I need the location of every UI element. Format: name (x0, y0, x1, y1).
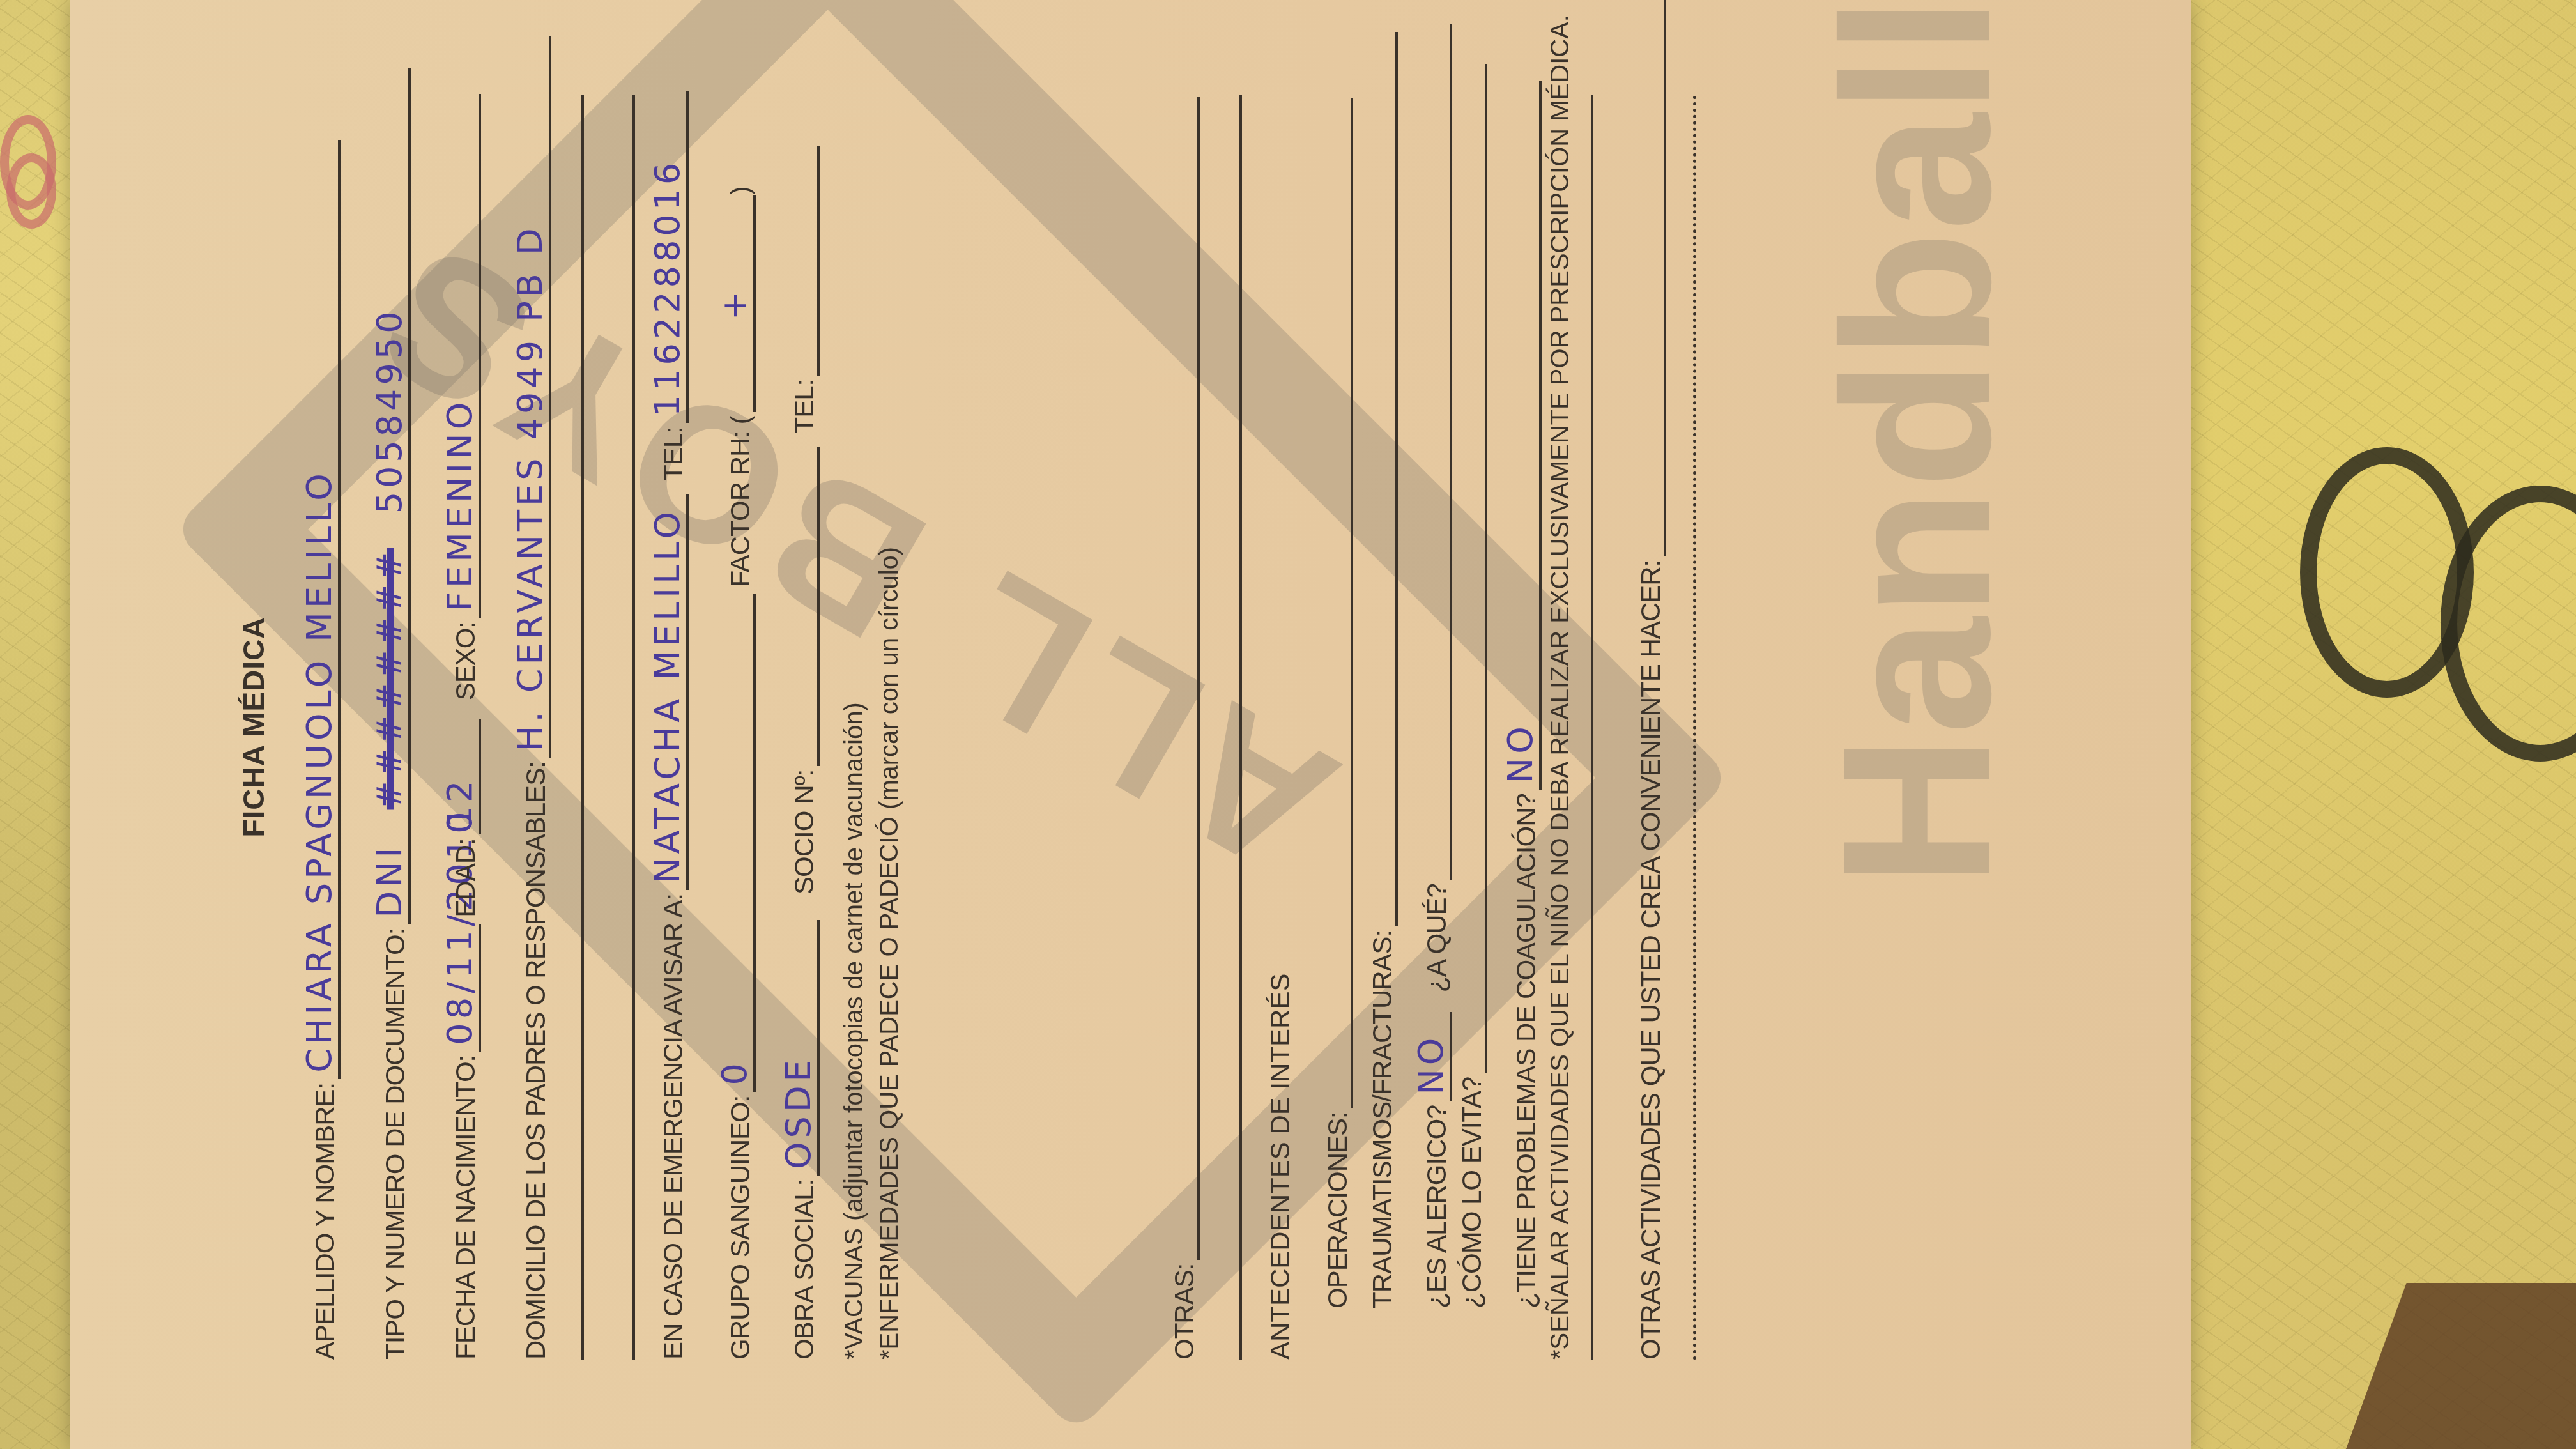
form-title: FICHA MÉDICA (236, 95, 271, 1360)
watermark-bottom-text: Handball (1795, 0, 2038, 887)
value-sexo[interactable]: FEMENINO (441, 94, 481, 618)
value-apellido-nombre[interactable]: CHIARA SPAGNUOLO MELILLO (300, 140, 341, 1079)
label-grupo-sanguineo: GRUPO SANGUINEO: (725, 1096, 756, 1360)
label-emergencia: EN CASO DE EMERGENCIA AVISAR A: (658, 894, 689, 1360)
field-documento: TIPO Y NUMERO DE DOCUMENTO: DNI ########… (371, 68, 411, 1360)
field-apellido-nombre: APELLIDO Y NOMBRE: CHIARA SPAGNUOLO MELI… (300, 140, 341, 1360)
field-domicilio: DOMICILIO DE LOS PADRES O RESPONSABLES: … (511, 36, 551, 1360)
label-edad: EDAD: (450, 838, 481, 917)
antecedentes-title: ANTECEDENTES DE INTERÉS (1265, 974, 1296, 1360)
value-documento-struck: ######## (369, 548, 410, 810)
label-alergico: ¿ES ALERGICO? (1422, 1105, 1452, 1308)
label-tel-obra-social: TEL: (789, 379, 820, 434)
document-photo: ALL BOYS Handball FICHA MÉDICA APELLIDO … (70, 0, 2191, 1449)
field-obra-social: OBRA SOCIAL: OSDE SOCIO Nº: TEL: (779, 146, 820, 1360)
label-obra-social: OBRA SOCIAL: (789, 1179, 820, 1360)
label-fecha-nacimiento: FECHA DE NACIMIENTO: (450, 1055, 481, 1360)
label-operaciones: OPERACIONES: (1322, 1112, 1353, 1308)
actividades-no-label: *SEÑALAR ACTIVIDADES QUE EL NIÑO NO DEBA… (1546, 15, 1575, 1360)
value-socio[interactable] (817, 447, 820, 766)
label-socio: SOCIO Nº: (789, 770, 820, 894)
label-documento: TIPO Y NUMERO DE DOCUMENTO: (380, 928, 411, 1360)
divider-line (1239, 95, 1242, 1360)
value-grupo-sanguineo[interactable]: 0 (716, 594, 756, 1092)
cut-line (1693, 95, 1696, 1360)
label-factor-rh-close: ) (725, 187, 756, 195)
label-tel-emergencia: TEL: (658, 427, 689, 481)
value-documento-type: DNI (369, 844, 410, 918)
value-otras[interactable] (1197, 97, 1200, 1260)
value-factor-rh[interactable]: + (716, 195, 756, 412)
value-coagulacion[interactable]: NO (1501, 80, 1542, 790)
vacunas-note: *VACUNAS (adjuntar fotocopias de carnet … (840, 702, 869, 1360)
value-edad[interactable]: 12 (441, 719, 481, 834)
value-domicilio[interactable]: H. CERVANTES 4949 PB D (511, 36, 551, 758)
label-sexo: SEXO: (450, 622, 481, 700)
field-grupo-factor: GRUPO SANGUINEO: 0 FACTOR RH: ( + ) (716, 187, 756, 1360)
value-alergico[interactable]: NO (1412, 1012, 1452, 1101)
medical-form-page: ALL BOYS Handball FICHA MÉDICA APELLIDO … (70, 0, 2191, 1449)
field-nacimiento-edad-sexo: FECHA DE NACIMIENTO: 08/11/2010 EDAD: 12… (441, 94, 481, 1360)
value-a-que[interactable] (1450, 24, 1452, 880)
label-a-que: ¿A QUÉ? (1422, 884, 1452, 992)
label-factor-rh: FACTOR RH: ( (725, 416, 756, 586)
field-alergico: ¿ES ALERGICO? NO ¿A QUÉ? (1412, 24, 1452, 1308)
value-tel-emergencia[interactable]: 1162288016 (648, 91, 689, 423)
divider-line (1591, 95, 1593, 1360)
value-fecha-nacimiento[interactable]: 08/11/2010 (441, 924, 481, 1052)
value-obra-social[interactable]: OSDE (779, 920, 820, 1176)
label-como-evita: ¿CÓMO LO EVITA? (1457, 1077, 1487, 1308)
label-domicilio: DOMICILIO DE LOS PADRES O RESPONSABLES: (521, 762, 551, 1360)
value-otras-actividades[interactable] (1664, 0, 1666, 556)
label-apellido-nombre: APELLIDO Y NOMBRE: (310, 1083, 341, 1360)
value-traumatismos[interactable] (1395, 32, 1398, 926)
label-otras-actividades: OTRAS ACTIVIDADES QUE USTED CREA CONVENI… (1636, 560, 1666, 1360)
value-operaciones[interactable] (1351, 98, 1353, 1108)
value-como-evita[interactable] (1485, 64, 1487, 1073)
field-otras: OTRAS: (1169, 97, 1200, 1360)
label-traumatismos: TRAUMATISMOS/FRACTURAS: (1367, 930, 1398, 1308)
label-coagulacion: ¿TIENE PROBLEMAS DE COAGULACIÓN? (1511, 793, 1542, 1308)
value-documento-number: 50584950 (369, 308, 410, 514)
field-otras-actividades: OTRAS ACTIVIDADES QUE USTED CREA CONVENI… (1636, 0, 1666, 1360)
value-documento[interactable]: DNI ######## 50584950 (371, 68, 411, 924)
value-emergencia[interactable]: NATACHA MELILLO (648, 494, 689, 890)
value-tel-obra-social[interactable] (817, 146, 820, 376)
label-otras: OTRAS: (1169, 1264, 1200, 1360)
background-pattern-heart (6, 153, 56, 229)
field-como-evita: ¿CÓMO LO EVITA? (1457, 64, 1487, 1308)
enfermedades-note: *ENFERMEDADES QUE PADECE O PADECIÓ (marc… (875, 547, 904, 1360)
field-coagulacion: ¿TIENE PROBLEMAS DE COAGULACIÓN? NO (1501, 80, 1542, 1308)
divider-line (632, 95, 635, 1360)
field-emergencia: EN CASO DE EMERGENCIA AVISAR A: NATACHA … (648, 91, 689, 1360)
field-operaciones: OPERACIONES: (1322, 98, 1353, 1308)
divider-line (581, 95, 584, 1360)
field-traumatismos: TRAUMATISMOS/FRACTURAS: (1367, 32, 1398, 1308)
